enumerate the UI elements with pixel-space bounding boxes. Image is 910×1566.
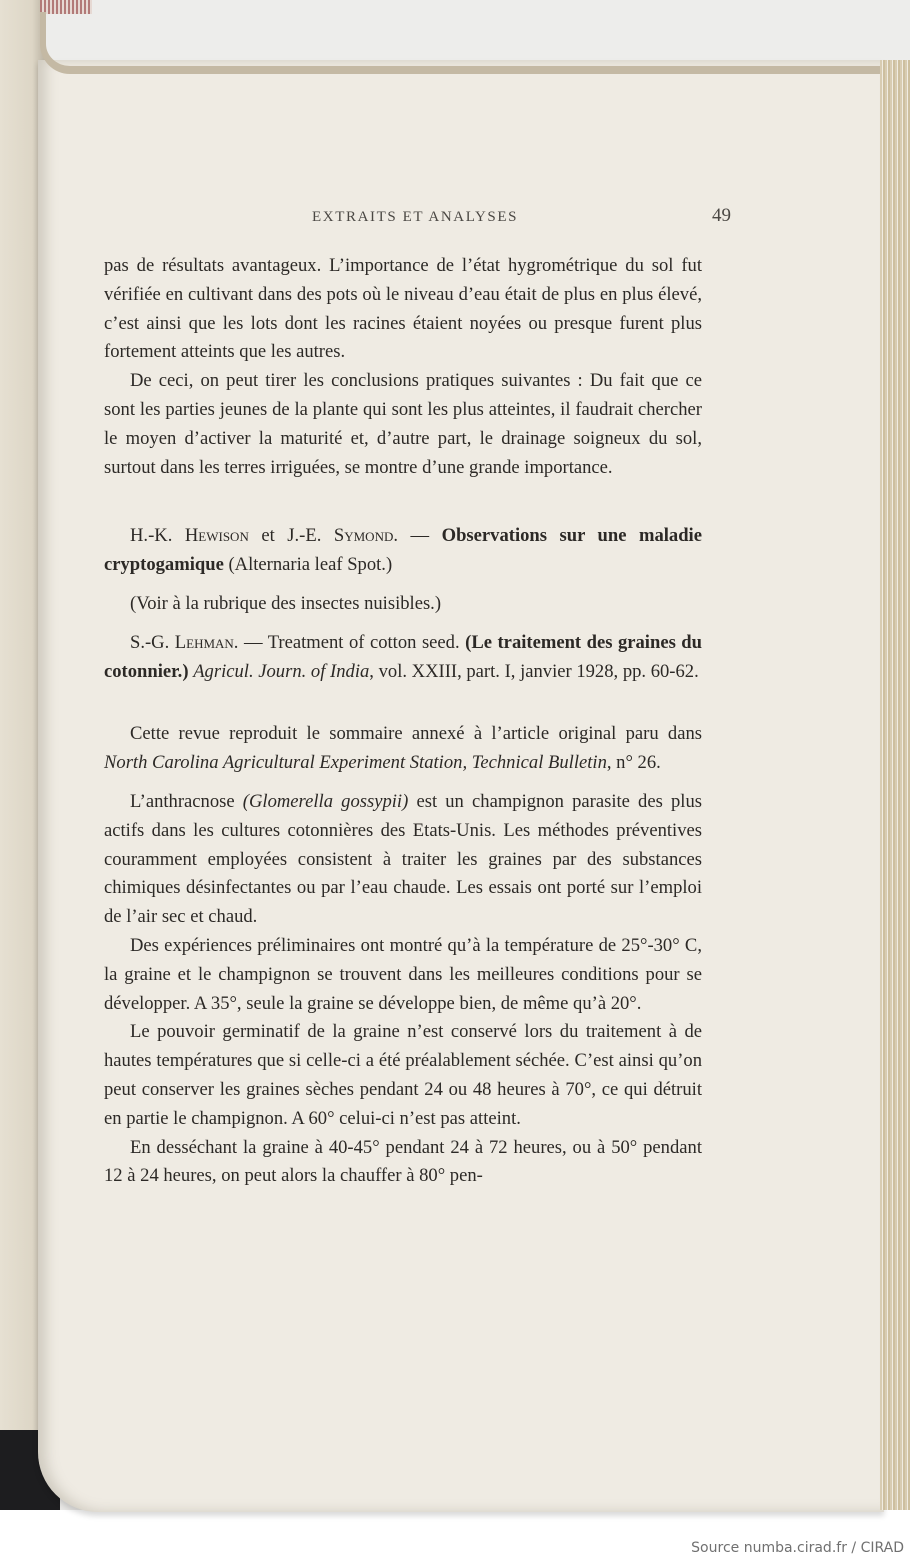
paragraph-source: Cette revue reproduit le sommaire annexé…	[104, 720, 702, 778]
source-credit: Source numba.cirad.fr / CIRAD	[691, 1540, 904, 1556]
page-number: 49	[712, 205, 731, 227]
entry-lehman: S.-G. Lehman. — Treatment of cotton seed…	[104, 629, 702, 687]
species-name: (Glomerella gossypii)	[243, 791, 409, 812]
paragraph-dessechant: En desséchant la graine à 40-45° pendant…	[104, 1134, 702, 1192]
author-hewison: Hewison	[185, 525, 249, 546]
page-text: pas de résultats avantageux. L’importanc…	[104, 252, 702, 1191]
running-head: EXTRAITS ET ANALYSES	[312, 209, 518, 226]
paragraph-conclusions: De ceci, on peut tirer les conclusions p…	[104, 367, 702, 482]
bulletin-name: North Carolina Agricultural Experiment S…	[104, 752, 607, 773]
entry-note: (Voir à la rubrique des insectes nuisibl…	[104, 590, 702, 619]
page-top-curl	[40, 12, 906, 74]
page-header: EXTRAITS ET ANALYSES 49	[0, 205, 910, 235]
paragraph-anthracnose: L’anthracnose (Glomerella gossypii) est …	[104, 788, 702, 932]
paragraph-experiences: Des expériences préliminaires ont montré…	[104, 932, 702, 1018]
author-symond: Symond	[334, 525, 393, 546]
paragraph-continued: pas de résultats avantageux. L’importanc…	[104, 252, 702, 367]
author-lehman: Lehman	[175, 632, 234, 653]
entry-hewison-symond: H.-K. Hewison et J.-E. Symond. — Observa…	[104, 522, 702, 580]
scan-background-bottom	[0, 1510, 910, 1566]
journal-name: Agricul. Journ. of India	[193, 661, 369, 682]
paragraph-pouvoir-germinatif: Le pouvoir germinatif de la graine n’est…	[104, 1018, 702, 1133]
book-fore-edge	[880, 60, 910, 1510]
